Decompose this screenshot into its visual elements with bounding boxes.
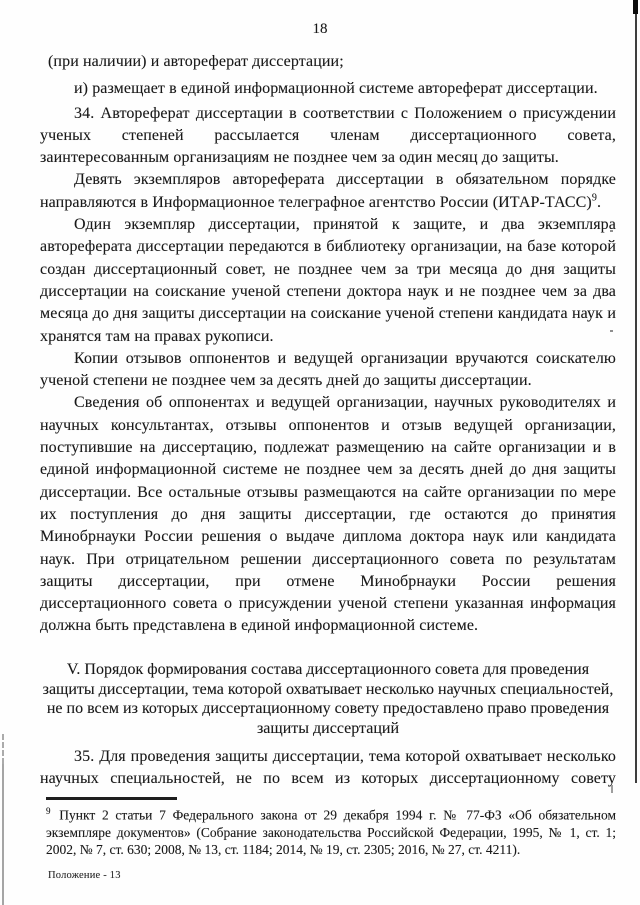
paragraph-reviews-copies: Копии отзывов оппонентов и ведущей орган…	[40, 348, 616, 393]
scan-artifact-right-edge-cap	[633, 0, 638, 14]
scan-speck	[611, 785, 613, 793]
scan-artifact-left-solid-line	[2, 764, 4, 905]
scan-artifact-right-edge-line	[635, 0, 637, 783]
paragraph-35: 35. Для проведения защиты диссертации, т…	[40, 746, 616, 791]
paragraph-text: .	[597, 194, 601, 211]
paragraph-item-i: и) размещает в единой информационной сис…	[40, 78, 616, 100]
scan-artifact-left-dashed-line	[2, 734, 4, 764]
document-page: 18 (при наличии) и автореферат диссертац…	[0, 0, 640, 905]
footnote-text: Пункт 2 статьи 7 Федерального закона от …	[46, 808, 616, 857]
body-text-block: (при наличии) и автореферат диссертации;…	[40, 51, 616, 638]
footnote: 9 Пункт 2 статьи 7 Федерального закона о…	[46, 803, 616, 858]
footnote-separator-rule	[46, 797, 177, 800]
paragraph-itar-tass: Девять экземпляров автореферата диссерта…	[40, 169, 616, 214]
scan-speck	[610, 330, 613, 332]
page-number: 18	[0, 21, 640, 38]
paragraph-opponents-info: Сведения об оппонентах и ведущей организ…	[40, 392, 616, 637]
scan-speck	[611, 560, 614, 562]
page-footer-label: Положение - 13	[48, 870, 121, 881]
scan-speck	[610, 230, 613, 232]
paragraph-text: Девять экземпляров автореферата диссерта…	[40, 171, 616, 210]
paragraph-continuation: (при наличии) и автореферат диссертации;	[40, 51, 616, 73]
paragraph-library-copies: Один экземпляр диссертации, принятой к з…	[40, 214, 616, 348]
paragraph-34: 34. Автореферат диссертации в соответств…	[40, 103, 616, 170]
section-heading-v: V. Порядок формирования состава диссерта…	[40, 660, 616, 738]
footnote-marker-9: 9	[46, 806, 51, 816]
